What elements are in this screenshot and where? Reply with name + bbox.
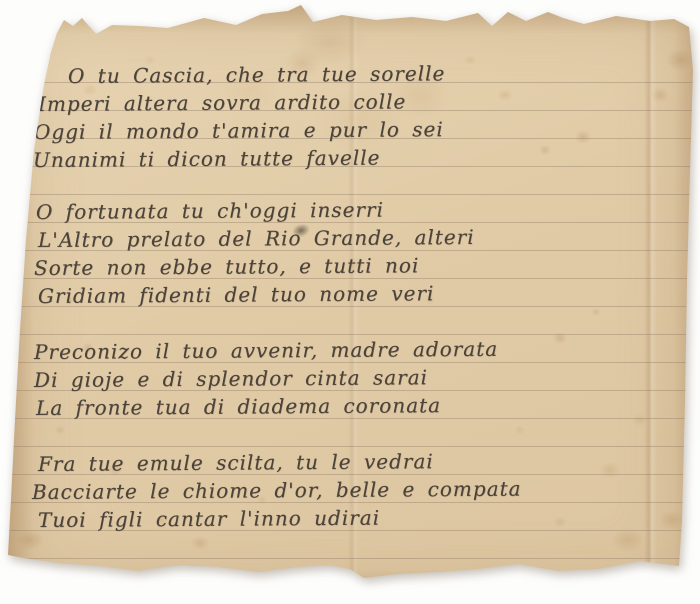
poem-line: Di gioje e di splendor cinta sarai xyxy=(34,363,428,394)
poem-line: L'Altro prelato del Rio Grande, alteri xyxy=(38,223,475,254)
poem-line: Tuoi figli cantar l'inno udirai xyxy=(38,504,380,534)
manuscript-page: O tu Cascia, che tra tue sorelle Imperi … xyxy=(0,0,700,604)
poem-line: Gridiam fidenti del tuo nome veri xyxy=(38,279,435,310)
poem-line: Oggi il mondo t'amira e pur lo sei xyxy=(34,115,444,146)
poem-line: Preconizo il tuo avvenir, madre adorata xyxy=(34,335,498,366)
poem-line: Imperi altera sovra ardito colle xyxy=(38,87,406,118)
paper-shadow-wrap: O tu Cascia, che tra tue sorelle Imperi … xyxy=(0,0,700,604)
poem-line: La fronte tua di diadema coronata xyxy=(36,391,441,422)
poem-line: Sorte non ebbe tutto, e tutti noi xyxy=(34,251,420,282)
poem-line: Unanimi ti dicon tutte favelle xyxy=(33,144,381,174)
poem-line: O tu Cascia, che tra tue sorelle xyxy=(68,59,446,90)
poem-line: O fortunata tu ch'oggi inserri xyxy=(36,196,384,226)
scanner-background: O tu Cascia, che tra tue sorelle Imperi … xyxy=(0,0,700,604)
poem-line: Bacciarte le chiome d'or, belle e compat… xyxy=(32,475,522,506)
poem-line: Fra tue emule scilta, tu le vedrai xyxy=(38,447,434,478)
